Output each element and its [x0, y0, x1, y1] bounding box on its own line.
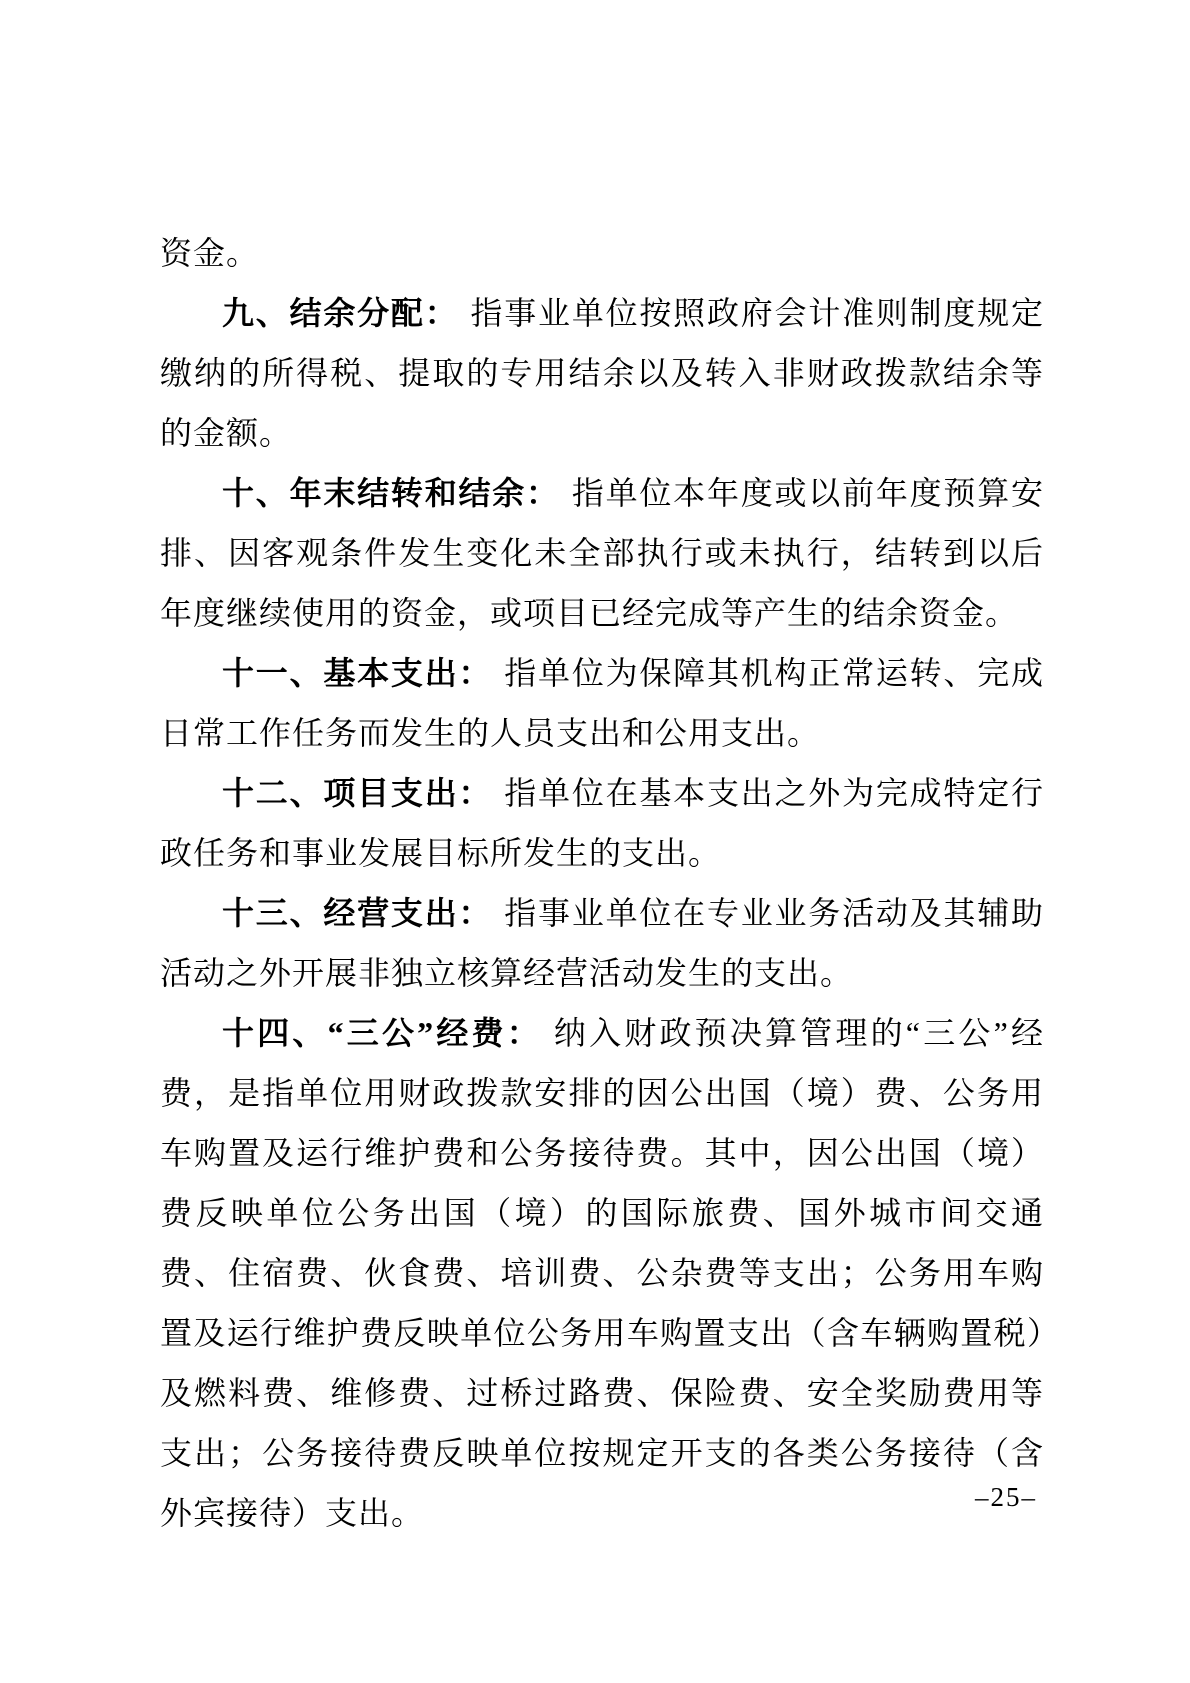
page-number: –25–	[975, 1482, 1037, 1513]
definition-paragraph: 十、年末结转和结余：指单位本年度或以前年度预算安排、因客观条件发生变化未全部执行…	[160, 463, 1044, 643]
definition-term: 九、结余分配：	[222, 295, 458, 331]
definition-term: 十一、基本支出：	[222, 655, 492, 691]
definition-paragraph: 十四、“三公”经费：纳入财政预决算管理的“三公”经费，是指单位用财政拨款安排的因…	[160, 1003, 1044, 1543]
definition-term: 十二、项目支出：	[222, 775, 492, 811]
document-page: 资金。 九、结余分配：指事业单位按照政府会计准则制度规定缴纳的所得税、提取的专用…	[0, 0, 1190, 1683]
continuation-text: 资金。	[160, 235, 259, 271]
document-body: 资金。 九、结余分配：指事业单位按照政府会计准则制度规定缴纳的所得税、提取的专用…	[160, 223, 1044, 1543]
continuation-paragraph: 资金。	[160, 223, 1044, 283]
definition-paragraph: 九、结余分配：指事业单位按照政府会计准则制度规定缴纳的所得税、提取的专用结余以及…	[160, 283, 1044, 463]
definition-term: 十、年末结转和结余：	[222, 475, 560, 511]
definition-term: 十三、经营支出：	[222, 895, 492, 931]
definition-body: 纳入财政预决算管理的“三公”经费，是指单位用财政拨款安排的因公出国（境）费、公务…	[160, 1015, 1044, 1531]
definition-term: 十四、“三公”经费：	[222, 1015, 542, 1051]
definition-paragraph: 十二、项目支出：指单位在基本支出之外为完成特定行政任务和事业发展目标所发生的支出…	[160, 763, 1044, 883]
definition-paragraph: 十一、基本支出：指单位为保障其机构正常运转、完成日常工作任务而发生的人员支出和公…	[160, 643, 1044, 763]
definition-paragraph: 十三、经营支出：指事业单位在专业业务活动及其辅助活动之外开展非独立核算经营活动发…	[160, 883, 1044, 1003]
